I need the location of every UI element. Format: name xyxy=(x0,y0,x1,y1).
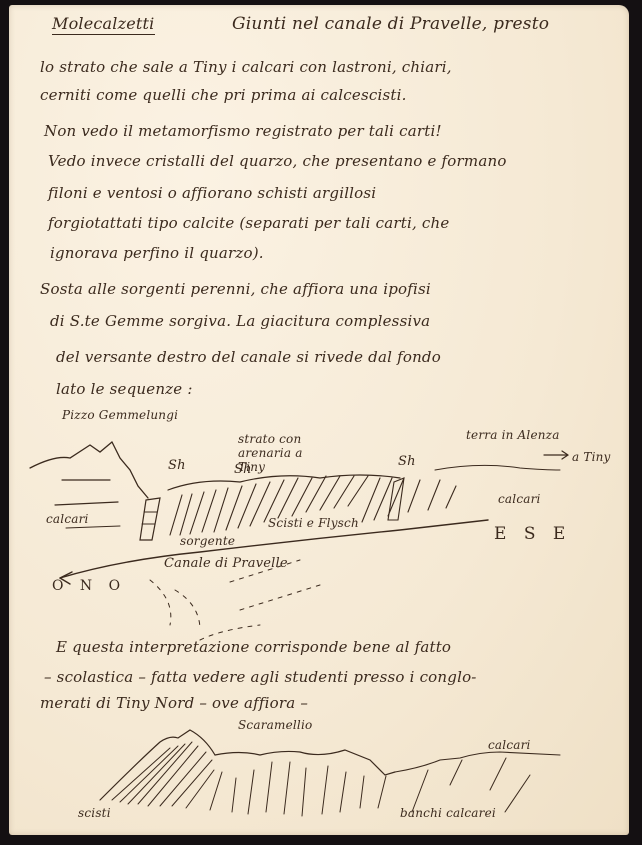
sketch-marker: Sh xyxy=(234,462,252,477)
sketch-label-pizzo: Pizzo Gemmelungi xyxy=(62,408,178,422)
sketch-label-canale: Canale di Pravelle xyxy=(164,556,288,571)
sketch-label-scaramellio: Scaramellio xyxy=(238,718,312,732)
sketch-label-terra: terra in Alenza xyxy=(466,428,560,442)
sketch-label-tiny: a Tiny xyxy=(572,450,612,464)
sketch-label-sorgente: sorgente xyxy=(180,534,235,548)
sketch-label-calcari: calcari xyxy=(488,738,531,752)
sketch-label-calcari-right: calcari xyxy=(498,492,541,506)
text-line: E questa interpretazione corrisponde ben… xyxy=(56,638,451,656)
sketch-marker: Sh xyxy=(398,454,416,469)
cross-section-sketch xyxy=(0,0,642,845)
text-line: – scolastica – fatta vedere agli student… xyxy=(44,668,477,686)
sketch-label-scisti: scisti xyxy=(78,806,111,820)
sketch-marker: Sh xyxy=(168,458,186,473)
sketch-label-banchi: banchi calcarei xyxy=(400,806,496,820)
sketch-label-scisti: Scisti e Flysch xyxy=(268,516,359,530)
sketch-label-calcari-left: calcari xyxy=(46,512,89,526)
direction-ese: E S E xyxy=(494,524,571,544)
direction-ono: O N O xyxy=(52,578,126,594)
text-line: merati di Tiny Nord – ove affiora – xyxy=(40,694,308,712)
